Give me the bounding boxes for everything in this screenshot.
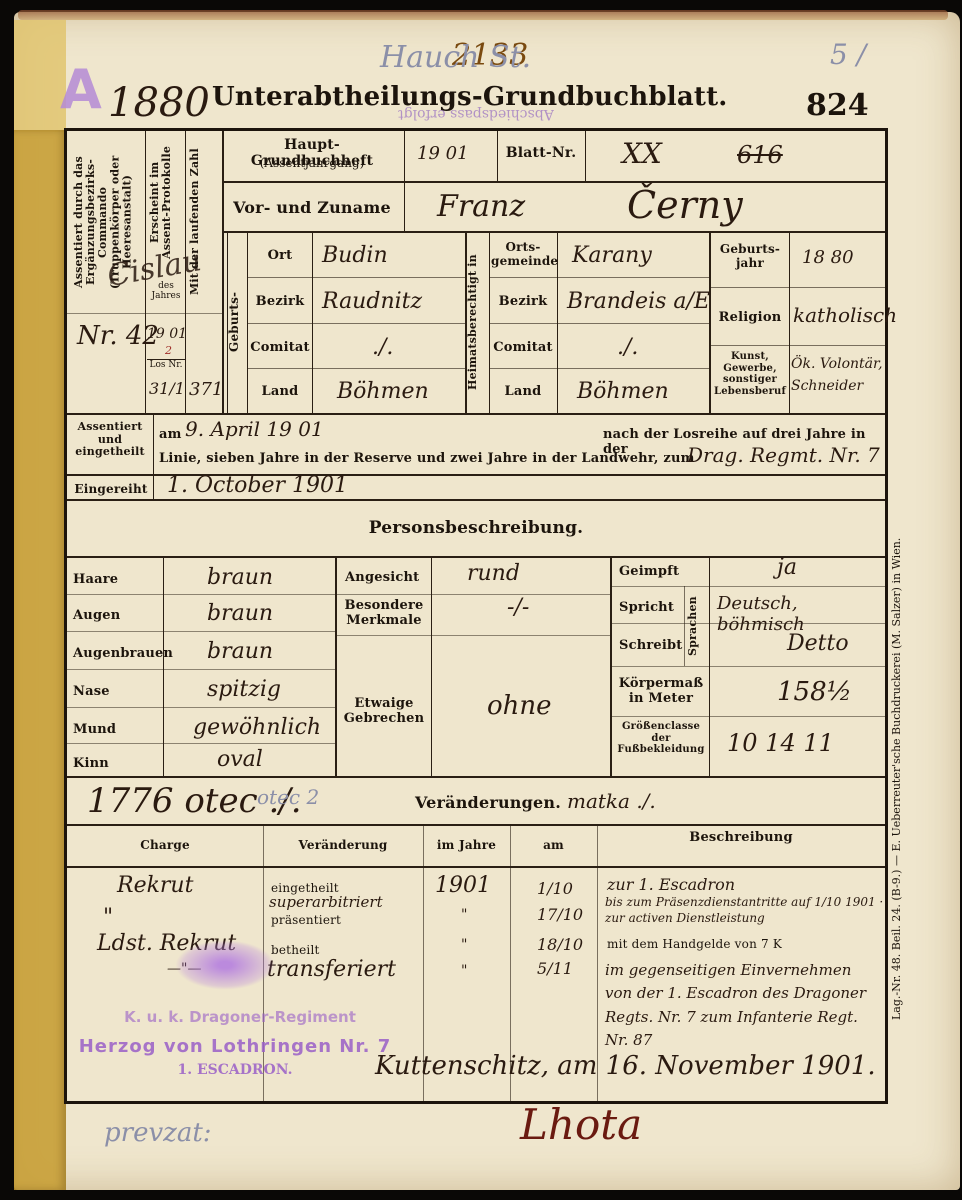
col-charge: Charge xyxy=(67,839,263,853)
geimpft-value: ja xyxy=(777,555,797,580)
divider xyxy=(489,368,709,369)
divider xyxy=(497,131,498,181)
birth-comitat-value: ./. xyxy=(372,335,393,360)
assentiert-eingetheilt-label: Assentiert und eingetheilt xyxy=(69,421,151,459)
koerpermass-value: 158½ xyxy=(777,677,852,707)
divider xyxy=(612,586,885,587)
divider xyxy=(67,776,885,778)
change-row-1-desc: bis zum Präsenzdienstantritte auf 1/10 1… xyxy=(605,895,885,926)
divider xyxy=(67,413,885,415)
divider xyxy=(789,231,790,413)
los-nr-value: 31/1 xyxy=(149,379,185,398)
divider xyxy=(711,287,885,288)
divider xyxy=(612,716,885,717)
beruf-label: Kunst, Gewerbe, sonstiger Lebensberuf xyxy=(713,351,787,397)
des-jahres-label: des Jahres xyxy=(147,281,185,302)
name-label: Vor- und Zuname xyxy=(227,199,397,217)
fussbekleidung-label: Größenclasse der Fußbekleidung xyxy=(615,721,707,756)
change-row-0-charge: Rekrut xyxy=(117,873,193,898)
assent-year-mark: 2 xyxy=(165,344,172,357)
koerpermass-label: Körpermaß in Meter xyxy=(615,677,707,707)
divider xyxy=(489,277,709,278)
change-row-3-change: transferiert xyxy=(267,957,396,982)
assent-date-value: 9. April 19 01 xyxy=(185,417,324,441)
divider xyxy=(67,866,885,868)
divider xyxy=(247,277,465,278)
geburtsjahr-label: Geburts-jahr xyxy=(713,243,787,271)
birth-land-label: Land xyxy=(249,385,311,400)
footer-pencil-note: prevzat: xyxy=(104,1118,212,1148)
divider xyxy=(222,181,885,183)
divider xyxy=(67,707,335,708)
augen-label: Augen xyxy=(73,609,120,624)
divider xyxy=(67,631,335,632)
changes-heading: Veränderungen. xyxy=(415,793,561,812)
change-row-3-date: 5/11 xyxy=(537,959,573,978)
divider xyxy=(312,231,313,413)
assent-unit-value: Drag. Regmt. Nr. 7 xyxy=(687,443,880,467)
assent-text-2: Linie, sieben Jahre in der Reserve und z… xyxy=(159,451,695,466)
change-row-1-change: präsentiert xyxy=(271,913,341,927)
eingereiht-value: 1. October 1901 xyxy=(167,473,348,498)
change-row-1-date: 17/10 xyxy=(537,905,583,924)
kinn-value: oval xyxy=(217,747,263,772)
haare-value: braun xyxy=(207,565,273,590)
gebrechen-value: ohne xyxy=(487,691,552,721)
divider xyxy=(247,368,465,369)
stamp-line-2: Herzog von Lothringen Nr. 7 xyxy=(70,1036,400,1057)
pencil-note-right: 5 / xyxy=(830,38,866,71)
change-row-3-desc: im gegenseitigen Einvernehmen von der 1.… xyxy=(605,959,881,1052)
nase-value: spitzig xyxy=(207,677,281,702)
divider xyxy=(67,824,885,826)
first-name: Franz xyxy=(437,189,525,224)
changes-pencil-note: otec 2 xyxy=(257,785,319,809)
change-row-2-change: betheilt xyxy=(271,943,320,957)
tape-strip xyxy=(14,130,66,1190)
handwritten-year: 1880 xyxy=(108,80,210,126)
stamp-line-3: 1. ESCADRON. xyxy=(120,1062,350,1078)
religion-label: Religion xyxy=(713,311,787,326)
augen-value: braun xyxy=(207,601,273,626)
laufende-zahl-label: Mit der laufenden Zahl xyxy=(189,137,219,307)
spricht-value: Deutsch, böhmisch xyxy=(717,593,885,635)
assentjahrgang-label: (Assentjahrgang) xyxy=(227,157,397,171)
change-row-0-desc: zur 1. Escadron xyxy=(607,875,735,894)
change-row-0-date: 1/10 xyxy=(537,879,573,898)
angesicht-value: rund xyxy=(467,561,520,586)
home-comitat-label: Comitat xyxy=(491,341,555,356)
augenbrauen-label: Augenbrauen xyxy=(73,647,173,662)
divider xyxy=(431,556,432,776)
divider xyxy=(585,131,586,181)
home-land-value: Böhmen xyxy=(577,379,669,404)
last-name: Černy xyxy=(627,183,743,227)
kinn-label: Kinn xyxy=(73,757,109,772)
divider xyxy=(222,231,885,233)
blatt-nr-value: XX xyxy=(622,137,662,170)
divider xyxy=(337,635,610,636)
change-row-2-desc: mit dem Handgelde von 7 K xyxy=(607,937,782,951)
home-land-label: Land xyxy=(491,385,555,400)
change-row-1-year: " xyxy=(461,907,467,923)
divider xyxy=(67,743,335,744)
stamp-line-1: K. u. k. Dragoner-Regiment xyxy=(110,1008,370,1026)
printer-note: Lag.-Nr. 48. Beil. 24. (B-9.) — E. Ueber… xyxy=(890,540,903,1020)
laufende-zahl-value: 371 xyxy=(189,379,223,400)
paper-edge xyxy=(18,10,948,20)
divider xyxy=(709,231,711,413)
birth-ort-value: Budin xyxy=(322,243,388,268)
personsbeschreibung-heading: Personsbeschreibung. xyxy=(67,519,885,539)
sheet-number: 824 xyxy=(806,88,869,123)
divider xyxy=(489,231,490,413)
divider xyxy=(67,313,222,314)
beruf-value: Ök. Volontär, Schneider xyxy=(791,353,883,398)
divider xyxy=(67,499,885,501)
change-row-0-year: 1901 xyxy=(435,873,491,898)
inverted-stamp: Abschiedspass erfolgt xyxy=(398,106,554,122)
religion-value: katholisch xyxy=(793,303,897,327)
col-veraenderung: Veränderung xyxy=(263,839,423,853)
haupt-grundbuchheft-value: 19 01 xyxy=(417,143,469,164)
divider xyxy=(247,231,248,413)
stamp-letter-a: A xyxy=(60,58,102,121)
change-row-0-change-hand: superarbitriert xyxy=(269,893,383,911)
spricht-label: Spricht xyxy=(619,601,674,616)
divider xyxy=(612,666,885,667)
change-row-3-year: " xyxy=(461,963,467,979)
change-row-2-date: 18/10 xyxy=(537,935,583,954)
geimpft-label: Geimpft xyxy=(619,565,679,580)
divider xyxy=(612,623,885,624)
assent-protokoll-label: Erscheint im Assent-Protokolle xyxy=(149,137,181,267)
divider xyxy=(404,131,405,181)
assent-am-label: am xyxy=(159,427,182,442)
divider xyxy=(335,556,337,776)
birth-comitat-label: Comitat xyxy=(249,341,311,356)
divider xyxy=(247,323,465,324)
los-nr-label: Los Nr. xyxy=(147,359,185,370)
geburtsjahr-value: 18 80 xyxy=(802,247,854,268)
birth-bezirk-value: Raudnitz xyxy=(322,289,422,314)
eingereiht-label: Eingereiht xyxy=(71,483,151,497)
divider xyxy=(67,669,335,670)
mund-label: Mund xyxy=(73,723,116,738)
home-bezirk-value: Brandeis a/E xyxy=(567,289,710,314)
divider xyxy=(684,586,685,666)
fussbekleidung-value: 10 14 11 xyxy=(727,729,834,757)
blatt-nr-struck: 616 xyxy=(737,141,783,169)
divider xyxy=(489,323,709,324)
angesicht-label: Angesicht xyxy=(345,571,419,586)
birth-bezirk-label: Bezirk xyxy=(249,295,311,310)
home-bezirk-label: Bezirk xyxy=(491,295,555,310)
signature: Lhota xyxy=(520,1100,642,1149)
geburts-label: Geburts- xyxy=(228,235,246,409)
home-comitat-value: ./. xyxy=(617,335,638,360)
schreibt-value: Detto xyxy=(787,631,849,656)
heimatsberechtigt-label: Heimatsberechtigt in xyxy=(467,235,487,409)
birth-ort-label: Ort xyxy=(249,249,311,264)
mund-value: gewöhnlich xyxy=(193,715,321,740)
col-am: am xyxy=(510,839,597,853)
col-im-jahre: im Jahre xyxy=(423,839,510,853)
nase-label: Nase xyxy=(73,685,110,700)
home-ortsgemeinde-value: Karany xyxy=(572,243,652,268)
merkmale-label: Besondere Merkmale xyxy=(339,599,429,629)
haare-label: Haare xyxy=(73,573,118,588)
schreibt-label: Schreibt xyxy=(619,639,683,654)
sprachen-label: Sprachen xyxy=(687,589,707,663)
divider xyxy=(67,594,335,595)
divider xyxy=(337,594,610,595)
divider xyxy=(222,131,224,413)
gebrechen-label: Etwaige Gebrechen xyxy=(339,697,429,727)
blatt-nr-label: Blatt-Nr. xyxy=(499,145,583,161)
divider xyxy=(67,556,885,558)
place-date: Kuttenschitz, am 16. November 1901. xyxy=(375,1051,876,1081)
change-row-2-year: " xyxy=(461,937,467,953)
home-ortsgemeinde-label: Orts-gemeinde xyxy=(491,241,555,269)
eagle-stamp-icon xyxy=(175,940,275,990)
divider xyxy=(711,345,885,346)
tape-strip-top xyxy=(14,20,66,132)
change-row-1-charge: " xyxy=(103,905,113,930)
merkmale-value: -/- xyxy=(507,595,529,620)
assent-year-value: 19 01 xyxy=(147,326,187,342)
divider xyxy=(404,181,405,231)
changes-heading-note: matka ./. xyxy=(567,789,656,813)
birth-land-value: Böhmen xyxy=(337,379,429,404)
pencil-note-top: Hauch St. xyxy=(380,40,531,75)
divider xyxy=(153,474,154,500)
col-beschreibung: Beschreibung xyxy=(597,831,885,846)
augenbrauen-value: braun xyxy=(207,639,273,664)
